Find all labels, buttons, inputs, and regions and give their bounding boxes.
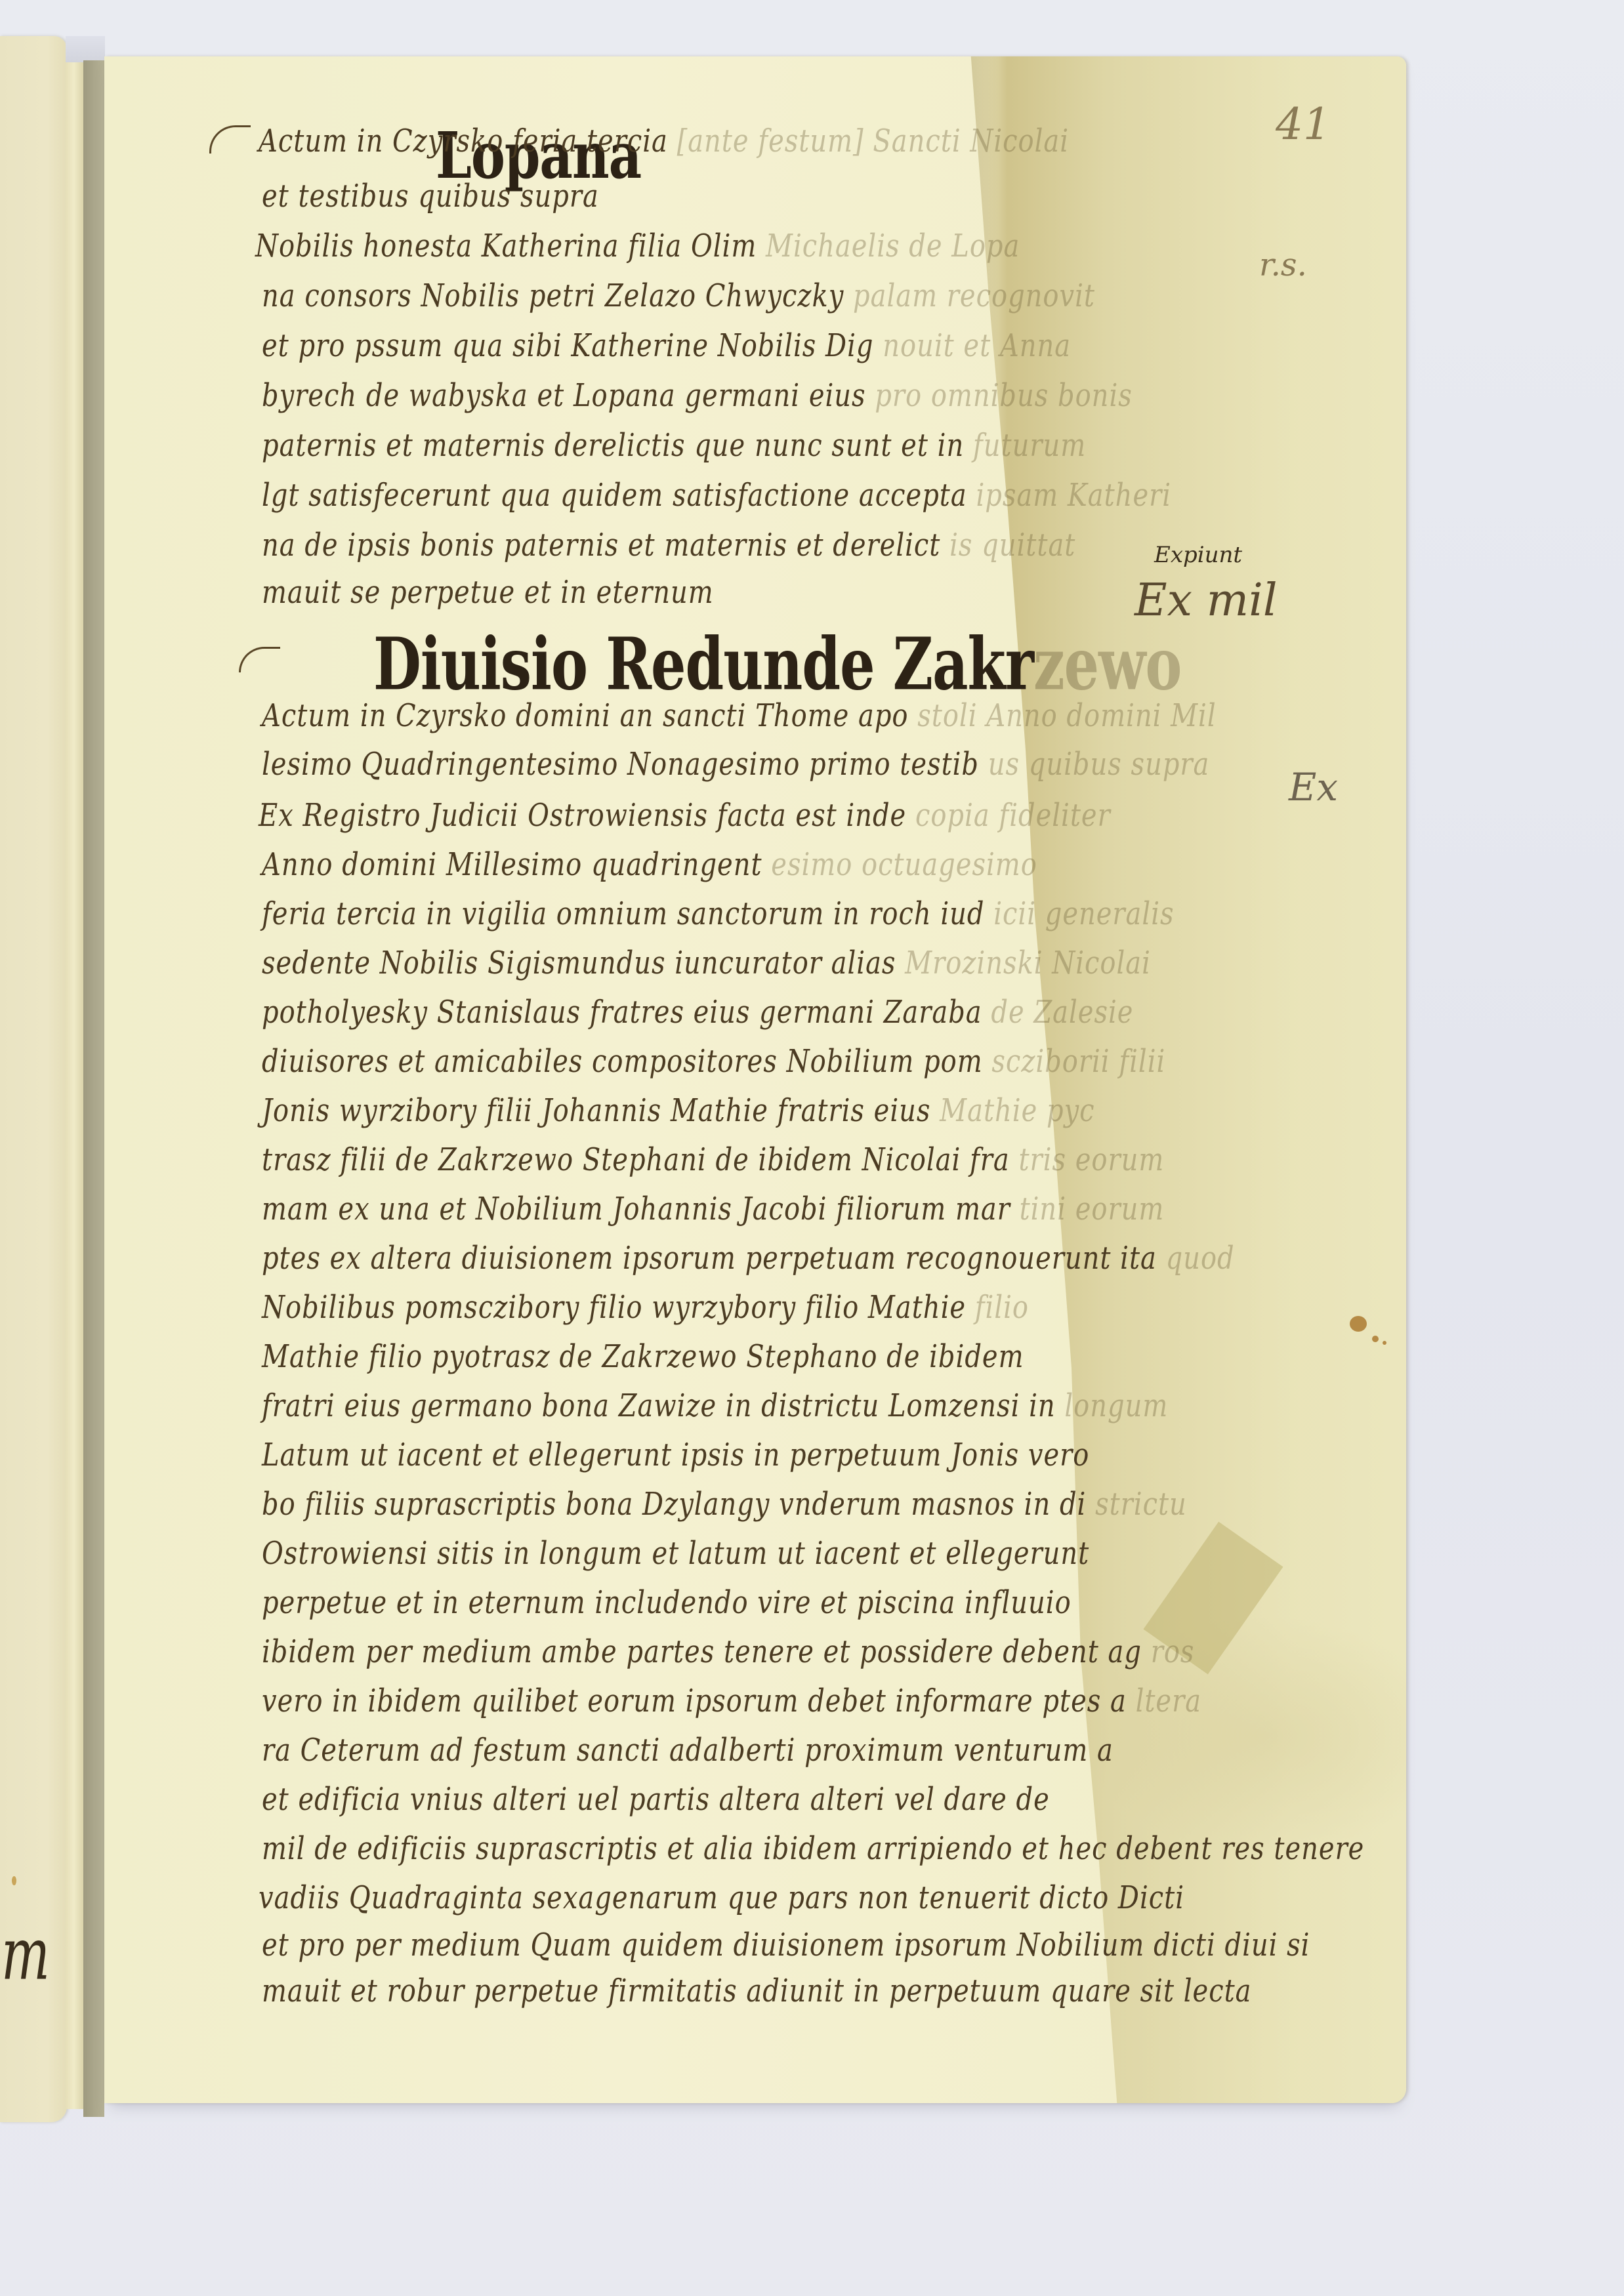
text-line: feria tercia in vigilia omnium sanctorum… bbox=[262, 896, 1175, 932]
text-line: et pro per medium Quam quidem diuisionem… bbox=[262, 1927, 1310, 1963]
text-line: na consors Nobilis petri Zelazo Chwyczky… bbox=[262, 278, 1095, 314]
text-line: mauit se perpetue et in eternum bbox=[262, 575, 714, 611]
margin-note-ex-mil: Ex mil bbox=[1135, 575, 1278, 626]
text-line: Ostrowiensi sitis in longum et latum ut … bbox=[262, 1536, 1089, 1572]
text-line: potholyesky Stanislaus fratres eius germ… bbox=[262, 994, 1133, 1031]
text-line: byrech de wabyska et Lopana germani eius… bbox=[262, 378, 1133, 414]
margin-note-expiunt: Expiunt bbox=[1154, 542, 1242, 568]
text-line: et edificia vnius alteri uel partis alte… bbox=[262, 1782, 1050, 1818]
text-line: perpetue et in eternum includendo vire e… bbox=[262, 1585, 1072, 1621]
text-line: Latum ut iacent et ellegerunt ipsis in p… bbox=[262, 1437, 1089, 1473]
paragraph-flourish bbox=[209, 125, 251, 154]
text-line: vadiis Quadraginta sexagenarum que pars … bbox=[259, 1880, 1184, 1916]
ink-spot bbox=[1383, 1341, 1386, 1345]
margin-note-ex: Ex bbox=[1289, 765, 1338, 810]
text-line: bo filiis suprascriptis bona Dzylangy vn… bbox=[262, 1486, 1187, 1523]
ink-spot bbox=[1350, 1316, 1367, 1332]
gutter-shadow bbox=[66, 36, 105, 62]
text-line: na de ipsis bonis paternis et maternis e… bbox=[262, 527, 1075, 564]
paragraph-flourish bbox=[239, 647, 280, 672]
text-line: fratri eius germano bona Zawize in distr… bbox=[262, 1388, 1168, 1424]
text-line: ptes ex altera diuisionem ipsorum perpet… bbox=[262, 1240, 1235, 1277]
text-line: Actum in Czyrsko feria tercia [ante fest… bbox=[259, 123, 1069, 159]
text-line: Mathie filio pyotrasz de Zakrzewo Stepha… bbox=[262, 1339, 1024, 1375]
heading-divisio: Diuisio Redunde Zakrzewo bbox=[373, 622, 1181, 707]
left-page-edge: m bbox=[0, 36, 67, 2122]
margin-note-rs: r.s. bbox=[1259, 247, 1307, 283]
text-line: Nobilis honesta Katherina filia Olim Mic… bbox=[255, 228, 1020, 264]
left-page-margin-note: m bbox=[1, 1914, 45, 1996]
text-line: mam ex una et Nobilium Johannis Jacobi f… bbox=[262, 1191, 1164, 1227]
ink-spot bbox=[1372, 1336, 1379, 1342]
manuscript-folio: 41 Lopana Actum in Czyrsko feria tercia … bbox=[104, 56, 1406, 2103]
text-line: paternis et maternis derelictis que nunc… bbox=[262, 428, 1086, 464]
text-line: Ex Registro Judicii Ostrowiensis facta e… bbox=[259, 798, 1111, 834]
text-line: trasz filii de Zakrzewo Stephani de ibid… bbox=[262, 1142, 1164, 1178]
ink-spot bbox=[12, 1876, 16, 1885]
text-line: lesimo Quadringentesimo Nonagesimo primo… bbox=[262, 747, 1209, 783]
binding-gutter bbox=[83, 60, 104, 2117]
text-line: Jonis wyrzibory filii Johannis Mathie fr… bbox=[262, 1093, 1095, 1129]
text-line: et pro pssum qua sibi Katherine Nobilis … bbox=[262, 328, 1071, 364]
text-line: lgt satisfecerunt qua quidem satisfactio… bbox=[262, 478, 1171, 514]
text-line: mauit et robur perpetue firmitatis adiun… bbox=[262, 1973, 1252, 2009]
text-line: Nobilibus pomsczibory filio wyrzybory fi… bbox=[262, 1290, 1029, 1326]
folio-number: 41 bbox=[1276, 99, 1331, 150]
text-line: ra Ceterum ad festum sancti adalberti pr… bbox=[262, 1732, 1114, 1769]
text-line: et testibus quibus supra bbox=[262, 178, 599, 215]
text-line: vero in ibidem quilibet eorum ipsorum de… bbox=[262, 1683, 1201, 1719]
text-line: sedente Nobilis Sigismundus iuncurator a… bbox=[262, 945, 1151, 981]
text-line: Anno domini Millesimo quadringent esimo … bbox=[262, 847, 1037, 883]
text-line: Actum in Czyrsko domini an sancti Thome … bbox=[262, 698, 1217, 734]
text-line: diuisores et amicabiles compositores Nob… bbox=[262, 1044, 1165, 1080]
text-line: mil de edificiis suprascriptis et alia i… bbox=[262, 1831, 1364, 1867]
text-line: ibidem per medium ambe partes tenere et … bbox=[262, 1634, 1194, 1670]
page-edge-strip bbox=[66, 62, 84, 2109]
